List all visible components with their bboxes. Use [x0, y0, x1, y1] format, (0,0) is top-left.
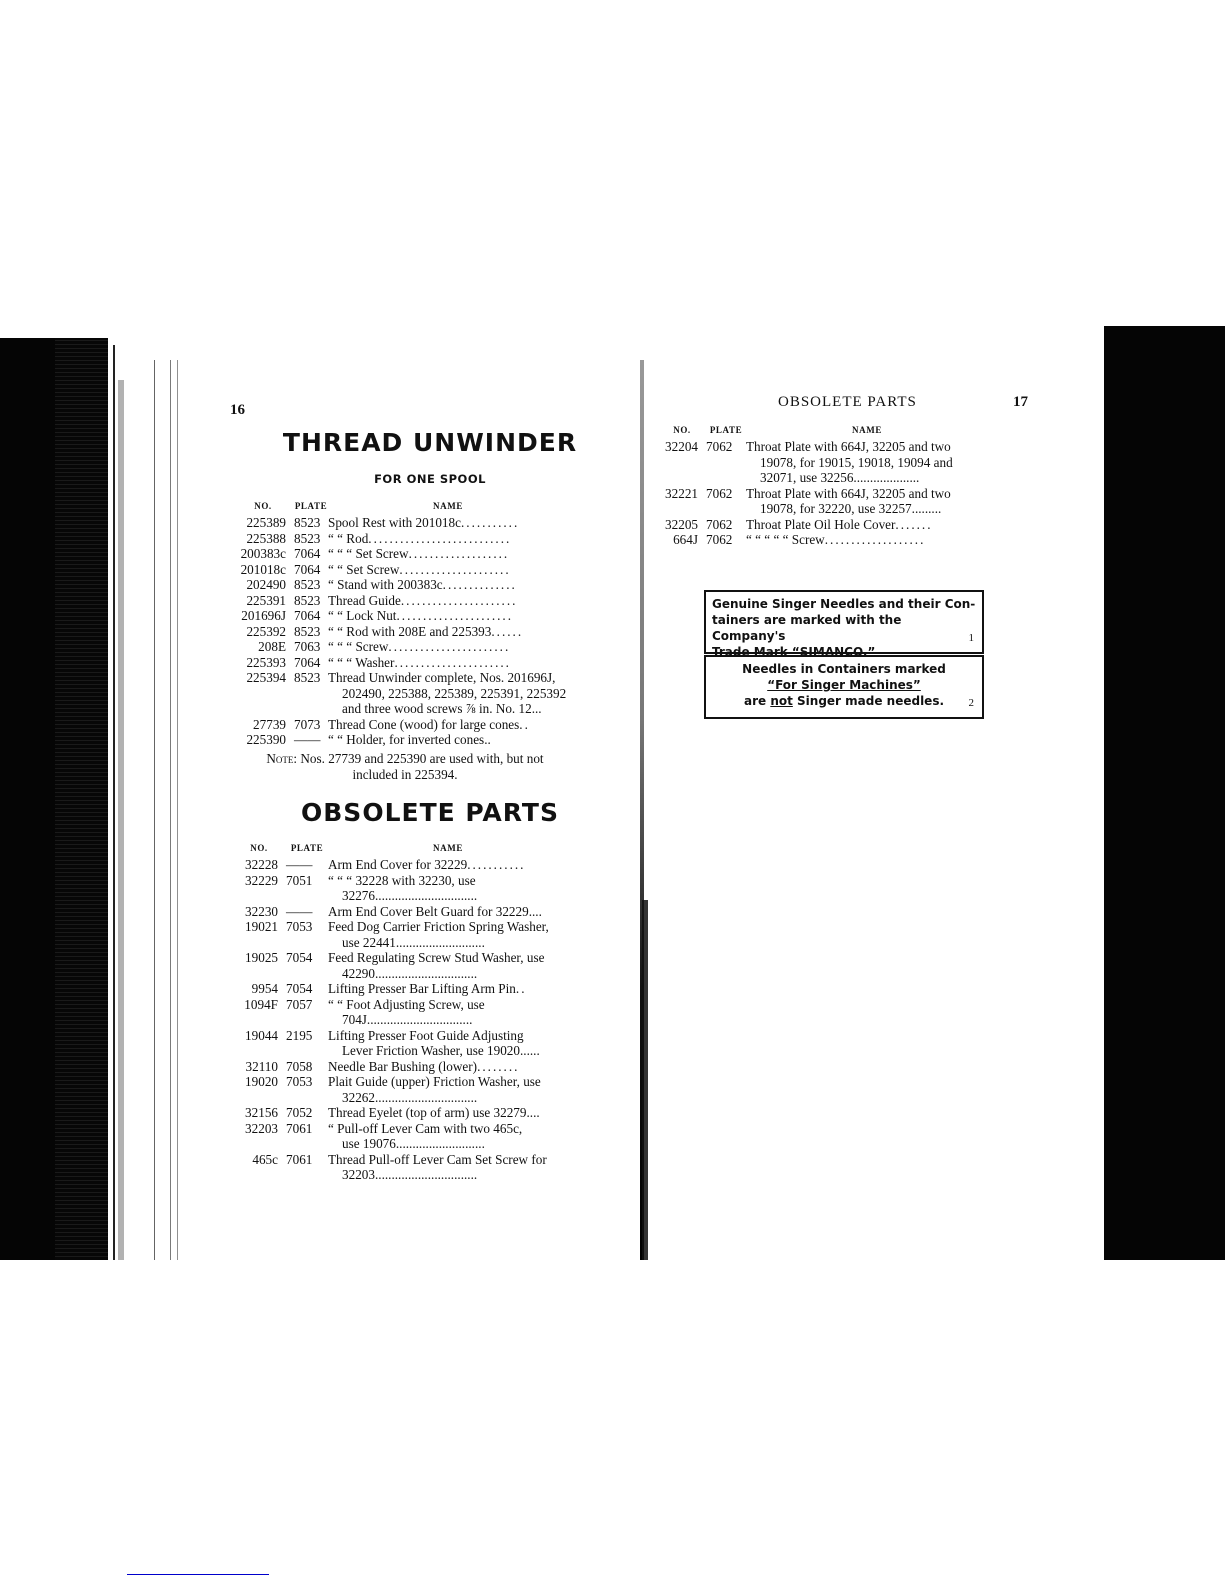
scan-noise-left	[55, 338, 108, 1260]
plate-number: ——	[286, 904, 328, 920]
footer-link[interactable]	[127, 1574, 269, 1575]
plate-number: 7064	[294, 655, 328, 671]
column-header-name: NAME	[328, 499, 568, 515]
notice-emph: not	[770, 694, 793, 708]
part-number: 225391	[232, 593, 294, 609]
scanned-book-spread: 16 THREAD UNWINDER FOR ONE SPOOL NO.PLAT…	[0, 0, 1225, 1585]
part-number: 225394	[232, 670, 294, 717]
table-row: 321567052Thread Eyelet (top of arm) use …	[232, 1105, 568, 1121]
part-name: Feed Regulating Screw Stud Washer, use42…	[328, 950, 568, 981]
part-name: Feed Dog Carrier Friction Spring Washer,…	[328, 919, 568, 950]
part-number: 19021	[232, 919, 286, 950]
part-name-continued: 32276...............................	[328, 888, 568, 904]
table-row: 190207053Plait Guide (upper) Friction Wa…	[232, 1074, 568, 1105]
notice-tag: 1	[969, 630, 975, 646]
plate-number: 7064	[294, 562, 328, 578]
table-row: 322217062Throat Plate with 664J, 32205 a…	[658, 486, 988, 517]
table-row: 190217053Feed Dog Carrier Friction Sprin…	[232, 919, 568, 950]
note: Note: Nos. 27739 and 225390 are used wit…	[240, 751, 570, 782]
plate-number: 8523	[294, 624, 328, 640]
part-name: “ Stand with 200383c..............	[328, 577, 568, 593]
plate-number: 7064	[294, 546, 328, 562]
part-number: 202490	[232, 577, 294, 593]
leader-dots: ...................	[825, 532, 926, 547]
plate-number: 8523	[294, 515, 328, 531]
part-number: 465c	[232, 1152, 286, 1183]
obsolete-parts-table-left: NO.PLATENAME32228——Arm End Cover for 322…	[232, 842, 568, 1183]
part-name-continued: 42290...............................	[328, 966, 568, 982]
part-name: Needle Bar Bushing (lower)........	[328, 1059, 568, 1075]
notice-simanco-line: Genuine Singer Needles and their Con-	[712, 596, 976, 612]
table-row: 322047062Throat Plate with 664J, 32205 a…	[658, 439, 988, 486]
plate-number: 7062	[706, 517, 746, 533]
part-name: “ Pull-off Lever Cam with two 465c,use 1…	[328, 1121, 568, 1152]
table-header: NO.PLATENAME	[658, 424, 988, 438]
part-name: Thread Cone (wood) for large cones..	[328, 717, 568, 733]
part-name: Throat Plate with 664J, 32205 and two190…	[746, 486, 988, 517]
plate-number: 7053	[286, 1074, 328, 1105]
notice-text: Singer made needles.	[793, 694, 944, 708]
leader-dots: .....................	[399, 562, 510, 577]
table-row: 2024908523“ Stand with 200383c..........…	[232, 577, 568, 593]
part-name: Arm End Cover for 32229...........	[328, 857, 568, 873]
notice-tag: 2	[969, 695, 975, 711]
leader-dots: ...........	[467, 857, 525, 872]
plate-number: 7062	[706, 439, 746, 486]
plate-number: 7073	[294, 717, 328, 733]
plate-number: 7058	[286, 1059, 328, 1075]
part-number: 19025	[232, 950, 286, 981]
part-name-continued: Lever Friction Washer, use 19020......	[328, 1043, 568, 1059]
notice-line: are not Singer made needles.	[712, 693, 976, 709]
table-row: 664J7062“ “ “ “ “ Screw.................…	[658, 532, 988, 548]
leader-dots: ...........................	[368, 531, 511, 546]
table-row: 321107058Needle Bar Bushing (lower).....…	[232, 1059, 568, 1075]
table-row: 277397073Thread Cone (wood) for large co…	[232, 717, 568, 733]
part-name: “ “ “ 32228 with 32230, use32276........…	[328, 873, 568, 904]
page-number-left: 16	[230, 402, 245, 419]
table-row: 322037061“ Pull-off Lever Cam with two 4…	[232, 1121, 568, 1152]
plate-number: 7063	[294, 639, 328, 655]
notice-text: are	[744, 694, 770, 708]
part-number: 201696J	[232, 608, 294, 624]
scan-dark-margin-right	[1104, 326, 1225, 1260]
running-head: OBSOLETE PARTS	[778, 394, 917, 411]
part-name: “ “ “ “ “ Screw...................	[746, 532, 988, 548]
page-number-right: 17	[1013, 394, 1028, 411]
part-number: 1094F	[232, 997, 286, 1028]
part-number: 32204	[658, 439, 706, 486]
part-name: Lifting Presser Foot Guide AdjustingLeve…	[328, 1028, 568, 1059]
note-label: Note:	[266, 751, 297, 766]
column-header-no: NO.	[232, 841, 286, 857]
part-name: “ “ “ Screw.......................	[328, 639, 568, 655]
part-number: 27739	[232, 717, 294, 733]
table-row: 1094F7057“ “ Foot Adjusting Screw, use70…	[232, 997, 568, 1028]
table-row: 32230——Arm End Cover Belt Guard for 3222…	[232, 904, 568, 920]
plate-number: 7062	[706, 486, 746, 517]
leader-dots: ...........	[461, 515, 519, 530]
leader-dots: ..	[519, 717, 530, 732]
plate-number: 7064	[294, 608, 328, 624]
leader-dots: ......................	[394, 655, 511, 670]
notice-line: Needles in Containers marked	[712, 661, 976, 677]
table-row: 2253937064“ “ “ Washer..................…	[232, 655, 568, 671]
part-name: Spool Rest with 201018c...........	[328, 515, 568, 531]
part-name: “ “ Holder, for inverted cones..	[328, 732, 568, 748]
leader-dots: ......	[491, 624, 523, 639]
part-number: 225389	[232, 515, 294, 531]
column-header-no: NO.	[658, 423, 706, 439]
part-name-continued: 32071, use 32256....................	[746, 470, 988, 486]
plate-number: 8523	[294, 593, 328, 609]
table-row: 208E7063“ “ “ Screw.....................…	[232, 639, 568, 655]
part-name: Plait Guide (upper) Friction Washer, use…	[328, 1074, 568, 1105]
plate-number: 7062	[706, 532, 746, 548]
part-number: 32221	[658, 486, 706, 517]
plate-number: 7061	[286, 1121, 328, 1152]
thread-unwinder-parts-table: NO.PLATENAME2253898523Spool Rest with 20…	[232, 500, 568, 748]
part-number: 200383c	[232, 546, 294, 562]
plate-number: 2195	[286, 1028, 328, 1059]
part-name-continued: 32203...............................	[328, 1167, 568, 1183]
part-name: Thread Pull-off Lever Cam Set Screw for3…	[328, 1152, 568, 1183]
table-row: 200383c7064“ “ “ Set Screw..............…	[232, 546, 568, 562]
note-text: Nos. 27739 and 225390 are used with, but…	[300, 751, 543, 766]
scan-edge-line	[154, 360, 155, 1260]
plate-number: 7054	[286, 981, 328, 997]
plate-number: 8523	[294, 670, 328, 717]
part-name: Thread Unwinder complete, Nos. 201696J,2…	[328, 670, 568, 717]
part-number: 19044	[232, 1028, 286, 1059]
plate-number: 7057	[286, 997, 328, 1028]
part-number: 32229	[232, 873, 286, 904]
plate-number: 7061	[286, 1152, 328, 1183]
leader-dots: ..	[516, 981, 527, 996]
scan-edge-line	[170, 360, 171, 1260]
leader-dots: ...................	[409, 546, 510, 561]
plate-number: 8523	[294, 577, 328, 593]
part-name-continued: 202490, 225388, 225389, 225391, 225392	[328, 686, 568, 702]
part-number: 32110	[232, 1059, 286, 1075]
column-header-no: NO.	[232, 499, 294, 515]
notice-simanco-line: tainers are marked with the Company's	[712, 612, 976, 644]
leader-dots: ........	[477, 1059, 519, 1074]
part-name-continued: use 19076...........................	[328, 1136, 568, 1152]
column-header-plate: PLATE	[706, 423, 746, 439]
table-row: 2253928523“ “ Rod with 208E and 225393..…	[232, 624, 568, 640]
table-row: 32228——Arm End Cover for 32229..........…	[232, 857, 568, 873]
part-name: “ “ Rod...........................	[328, 531, 568, 547]
column-header-plate: PLATE	[286, 841, 328, 857]
plate-number: 8523	[294, 531, 328, 547]
notice-not-singer-needles: Needles in Containers marked “For Singer…	[704, 655, 984, 719]
part-name-continued: 19078, for 32220, use 32257.........	[746, 501, 988, 517]
plate-number: 7051	[286, 873, 328, 904]
part-number: 19020	[232, 1074, 286, 1105]
table-row: 99547054Lifting Presser Bar Lifting Arm …	[232, 981, 568, 997]
table-row: 322297051“ “ “ 32228 with 32230, use3227…	[232, 873, 568, 904]
part-name-continued: 704J................................	[328, 1012, 568, 1028]
table-row: 465c7061Thread Pull-off Lever Cam Set Sc…	[232, 1152, 568, 1183]
notice-line-emphasis: “For Singer Machines”	[712, 677, 976, 693]
column-header-name: NAME	[746, 423, 988, 439]
leader-dots: ..............	[443, 577, 517, 592]
scan-noise-strip	[118, 380, 124, 1260]
part-name: Throat Plate Oil Hole Cover.......	[746, 517, 988, 533]
table-row: 2253948523Thread Unwinder complete, Nos.…	[232, 670, 568, 717]
part-name: “ “ “ Set Screw...................	[328, 546, 568, 562]
table-row: 322057062Throat Plate Oil Hole Cover....…	[658, 517, 988, 533]
part-name: “ “ “ Washer......................	[328, 655, 568, 671]
part-name-continued: 32262...............................	[328, 1090, 568, 1106]
plate-number: 7053	[286, 919, 328, 950]
plate-number: ——	[286, 857, 328, 873]
part-number: 225388	[232, 531, 294, 547]
plate-number: 7054	[286, 950, 328, 981]
part-number: 32203	[232, 1121, 286, 1152]
part-name: Arm End Cover Belt Guard for 32229....	[328, 904, 568, 920]
notice-simanco: Genuine Singer Needles and their Con- ta…	[704, 590, 984, 654]
part-name-continued: 19078, for 19015, 19018, 19094 and	[746, 455, 988, 471]
table-row: 201018c7064“ “ Set Screw................…	[232, 562, 568, 578]
part-number: 664J	[658, 532, 706, 548]
table-row: 2253898523Spool Rest with 201018c.......…	[232, 515, 568, 531]
part-name-continued: use 22441...........................	[328, 935, 568, 951]
leader-dots: ......................	[396, 608, 513, 623]
table-row: 190257054Feed Regulating Screw Stud Wash…	[232, 950, 568, 981]
part-number: 32228	[232, 857, 286, 873]
leader-dots: ......................	[401, 593, 518, 608]
part-number: 9954	[232, 981, 286, 997]
table-row: 190442195Lifting Presser Foot Guide Adju…	[232, 1028, 568, 1059]
part-name: Thread Guide......................	[328, 593, 568, 609]
part-name: “ “ Foot Adjusting Screw, use704J.......…	[328, 997, 568, 1028]
section-title-obsolete-parts: OBSOLETE PARTS	[250, 798, 610, 827]
part-number: 32205	[658, 517, 706, 533]
part-number: 208E	[232, 639, 294, 655]
table-row: 2253918523Thread Guide..................…	[232, 593, 568, 609]
leader-dots: .......	[895, 517, 932, 532]
part-number: 225390	[232, 732, 294, 748]
plate-number: ——	[294, 732, 328, 748]
table-header: NO.PLATENAME	[232, 842, 568, 856]
column-header-name: NAME	[328, 841, 568, 857]
part-number: 201018c	[232, 562, 294, 578]
part-name: Lifting Presser Bar Lifting Arm Pin..	[328, 981, 568, 997]
table-header: NO.PLATENAME	[232, 500, 568, 514]
part-name: “ “ Set Screw.....................	[328, 562, 568, 578]
leader-dots: .......................	[388, 639, 510, 654]
table-row: 2253888523“ “ Rod.......................…	[232, 531, 568, 547]
part-name: Throat Plate with 664J, 32205 and two190…	[746, 439, 988, 486]
scan-edge-line	[113, 345, 115, 1260]
part-name: Thread Eyelet (top of arm) use 32279....	[328, 1105, 568, 1121]
part-number: 32156	[232, 1105, 286, 1121]
part-name: “ “ Rod with 208E and 225393......	[328, 624, 568, 640]
table-row: 225390——“ “ Holder, for inverted cones..	[232, 732, 568, 748]
section-title-thread-unwinder: THREAD UNWINDER	[250, 428, 610, 457]
table-row: 201696J7064“ “ Lock Nut.................…	[232, 608, 568, 624]
plate-number: 7052	[286, 1105, 328, 1121]
obsolete-parts-table-right: NO.PLATENAME322047062Throat Plate with 6…	[658, 424, 988, 548]
part-name-continued: and three wood screws ⅞ in. No. 12...	[328, 701, 568, 717]
section-subtitle: FOR ONE SPOOL	[330, 472, 530, 486]
part-number: 225393	[232, 655, 294, 671]
part-number: 225392	[232, 624, 294, 640]
scan-edge-line	[177, 360, 178, 1260]
note-text-2: included in 225394.	[352, 767, 457, 782]
book-gutter-shadow	[642, 900, 648, 1260]
part-name: “ “ Lock Nut......................	[328, 608, 568, 624]
column-header-plate: PLATE	[294, 499, 328, 515]
part-number: 32230	[232, 904, 286, 920]
